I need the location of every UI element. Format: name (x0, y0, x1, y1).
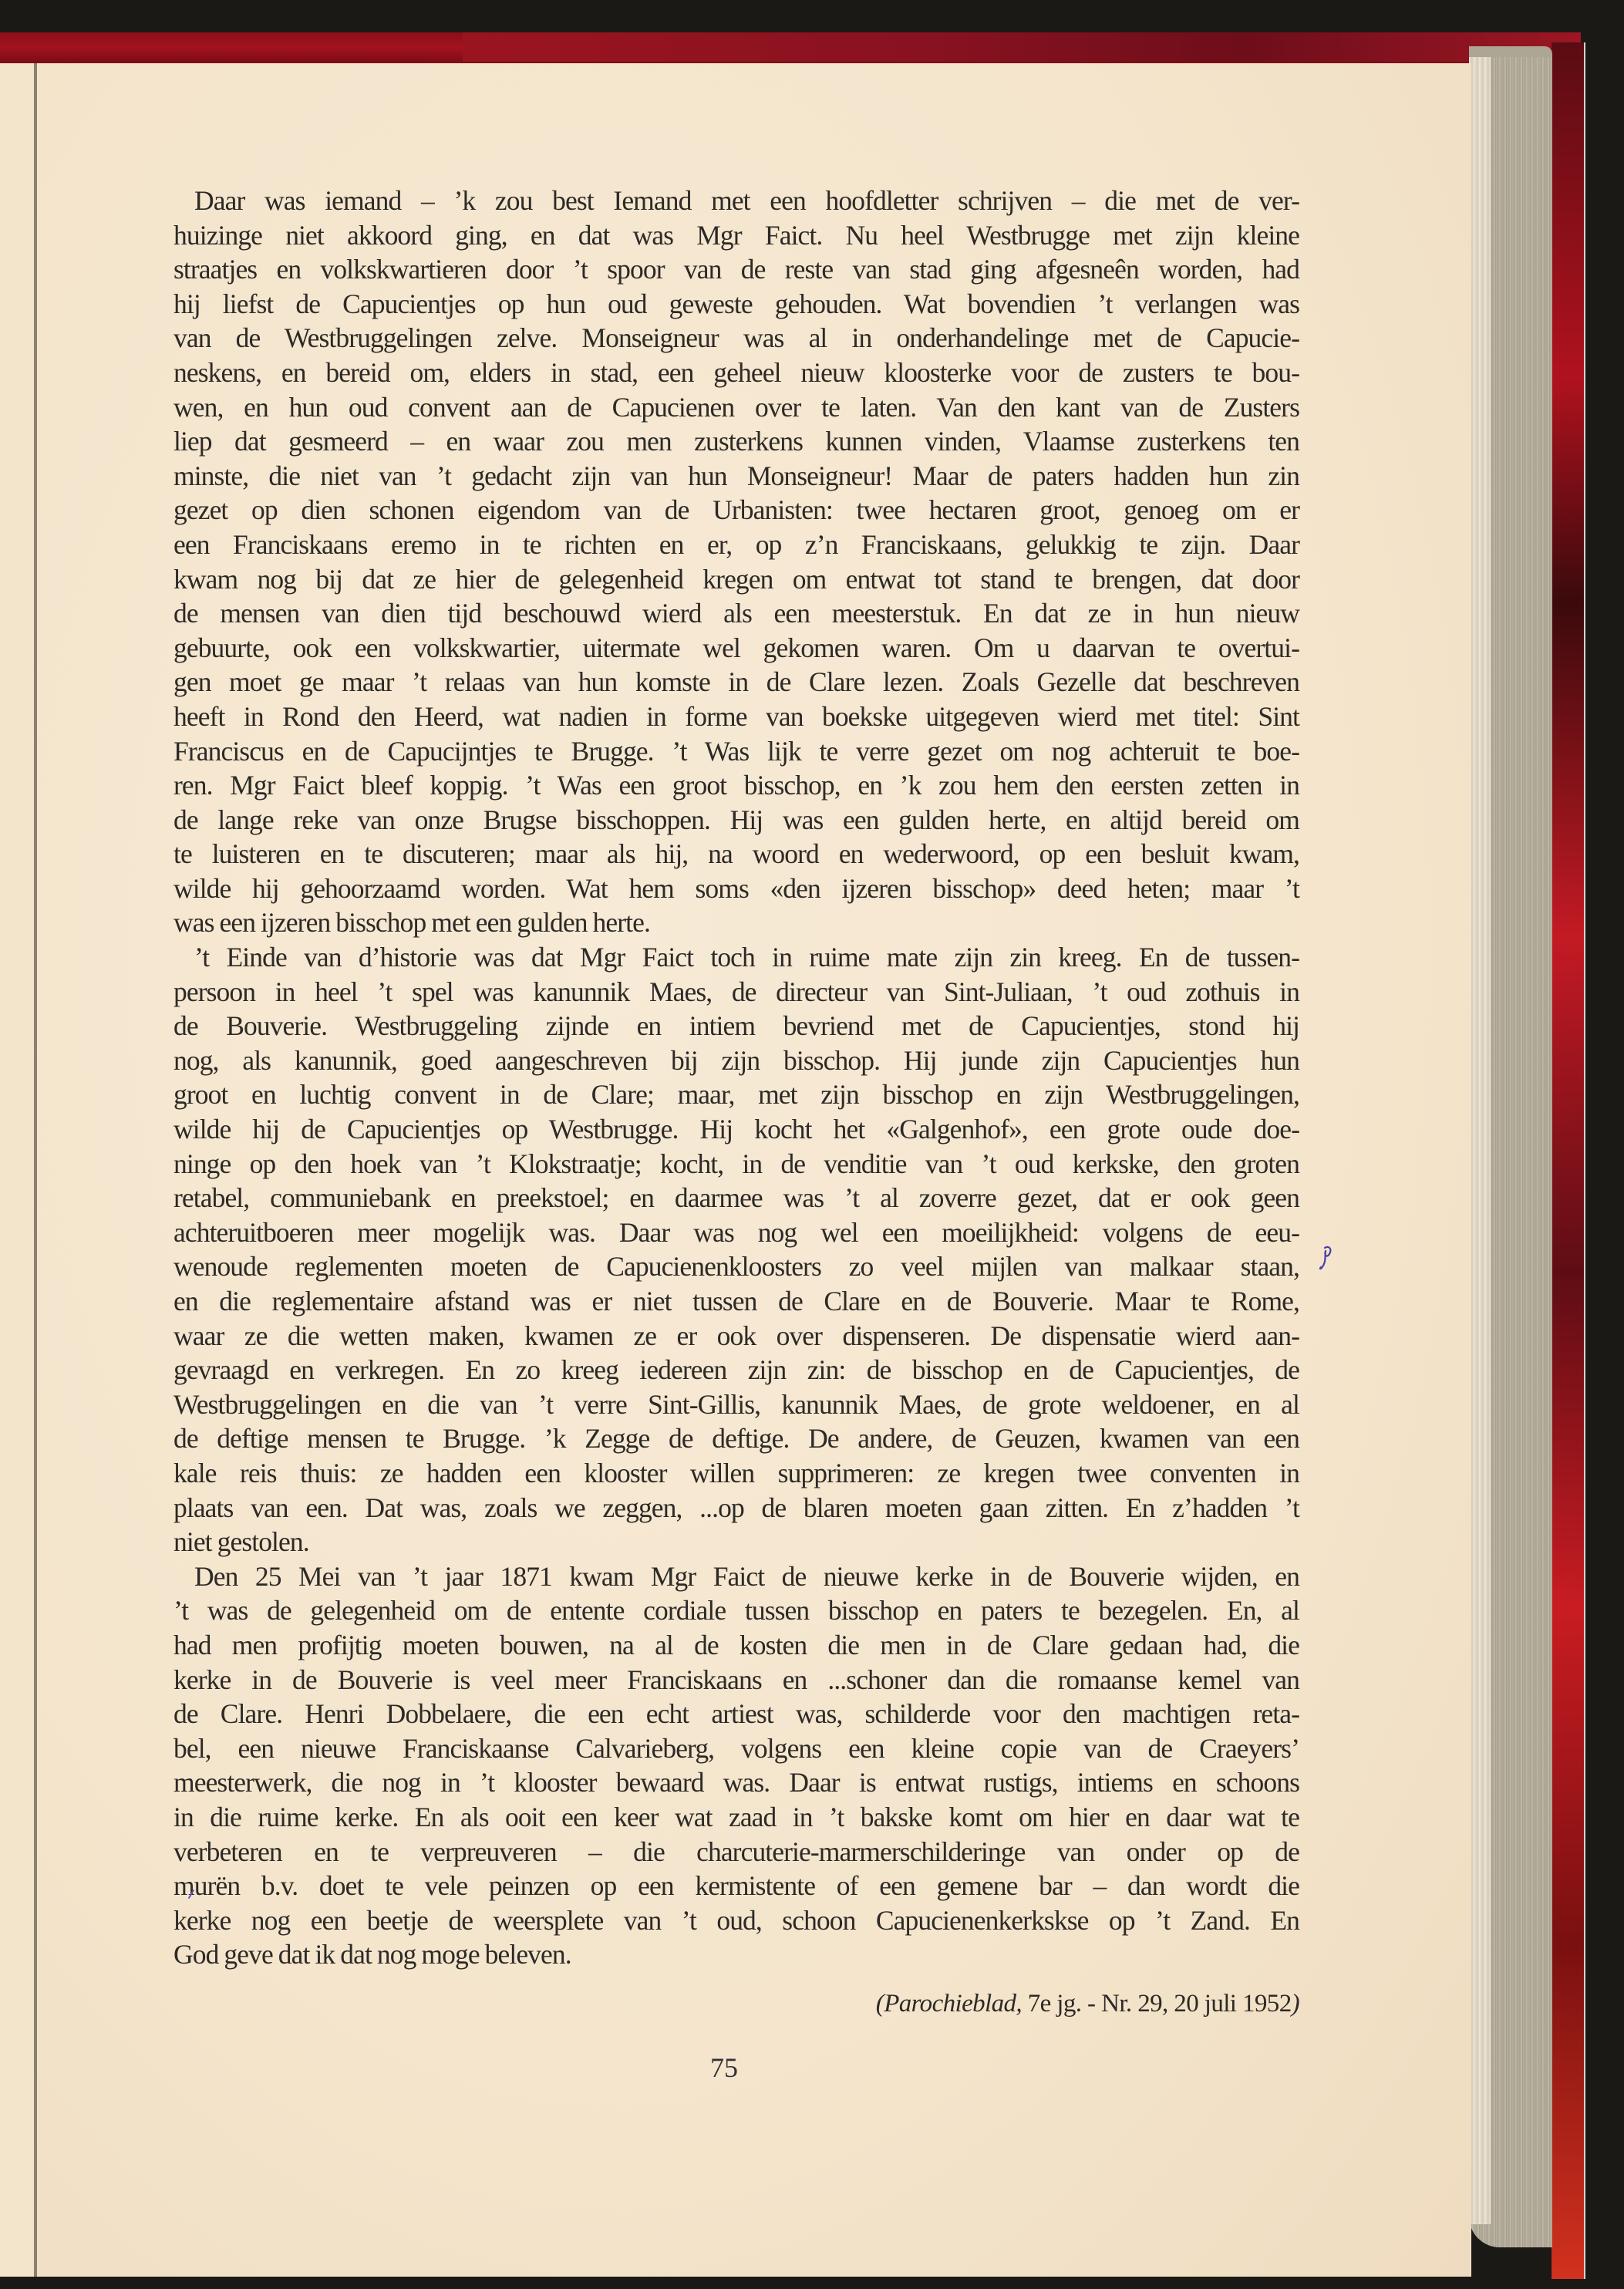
text-line: gebuurte, ook een volkskwartier, uiterma… (174, 631, 1299, 666)
previous-page-edge (0, 63, 37, 2277)
text-line: de lange reke van onze Brugse bisschoppe… (174, 803, 1299, 838)
citation-close-paren: ) (1292, 1990, 1299, 2018)
text-line: te luisteren en te discuteren; maar als … (174, 837, 1299, 871)
text-line: huizinge niet akkoord ging, en dat was M… (174, 218, 1299, 253)
text-line: straatjes en volkskwartieren door ’t spo… (174, 252, 1299, 287)
text-line: had men profijtig moeten bouwen, na al d… (174, 1628, 1299, 1663)
text-line: bel, een nieuwe Franciskaanse Calvariebe… (174, 1731, 1299, 1766)
text-line: verbeteren en te verpreuveren – die char… (174, 1835, 1299, 1869)
paragraph: Daar was iemand – ’k zou best Iemand met… (174, 184, 1299, 940)
text-line: liep dat gesmeerd – en waar zou men zust… (174, 424, 1299, 459)
paragraph: Den 25 Mei van ’t jaar 1871 kwam Mgr Fai… (174, 1559, 1299, 1972)
citation: (Parochieblad, 7e jg. - Nr. 29, 20 juli … (876, 1990, 1299, 2018)
text-line: gezet op dien schonen eigendom van de Ur… (174, 493, 1299, 528)
text-line: kerke in de Bouverie is veel meer Franci… (174, 1663, 1299, 1697)
page-edges-inner (1469, 57, 1491, 2224)
text-line: murën b.v. doet te vele peinzen op een k… (174, 1869, 1299, 1903)
text-line: persoon in heel ’t spel was kanunnik Mae… (174, 975, 1299, 1010)
citation-source: Parochieblad, (884, 1990, 1022, 2018)
text-line: ’t Einde van d’historie was dat Mgr Faic… (174, 940, 1299, 975)
text-line: ’t was de gelegenheid om de entente cord… (174, 1593, 1299, 1628)
text-line: Daar was iemand – ’k zou best Iemand met… (174, 184, 1299, 218)
body-text: Daar was iemand – ’k zou best Iemand met… (174, 184, 1299, 1972)
text-line: de Bouverie. Westbruggeling zijnde en in… (174, 1009, 1299, 1043)
citation-open-paren: ( (876, 1990, 884, 2018)
text-line: van de Westbruggelingen zelve. Monseigne… (174, 321, 1299, 356)
text-line: minste, die niet van ’t gedacht zijn van… (174, 459, 1299, 494)
text-line: wenoude reglementen moeten de Capucienen… (174, 1249, 1299, 1284)
text-line: ninge op den hoek van ’t Klokstraatje; k… (174, 1147, 1299, 1182)
text-line: achteruitboeren meer mogelijk was. Daar … (174, 1215, 1299, 1250)
text-line: groot en luchtig convent in de Clare; ma… (174, 1077, 1299, 1112)
text-line: waar ze die wetten maken, kwamen ze er o… (174, 1319, 1299, 1354)
page-number: 75 (710, 2051, 738, 2084)
text-line: Den 25 Mei van ’t jaar 1871 kwam Mgr Fai… (174, 1559, 1299, 1594)
book-cover-right-edge (1552, 42, 1585, 2279)
citation-details: 7e jg. - Nr. 29, 20 juli 1952 (1022, 1990, 1292, 2018)
text-line: kwam nog bij dat ze hier de gelegenheid … (174, 562, 1299, 597)
text-line: meesterwerk, die nog in ’t klooster bewa… (174, 1765, 1299, 1800)
text-line: en die reglementaire afstand was er niet… (174, 1284, 1299, 1319)
book-cover-top-marbled (463, 32, 1581, 62)
text-line: in die ruime kerke. En als ooit een keer… (174, 1800, 1299, 1835)
text-line: de deftige mensen te Brugge. ’k Zegge de… (174, 1421, 1299, 1456)
text-line: ren. Mgr Faict bleef koppig. ’t Was een … (174, 768, 1299, 803)
text-line: de mensen van dien tijd beschouwd wierd … (174, 596, 1299, 631)
paragraph: ’t Einde van d’historie was dat Mgr Faic… (174, 940, 1299, 1559)
text-line: Franciscus en de Capucijntjes te Brugge.… (174, 734, 1299, 769)
text-line: plaats van een. Dat was, zoals we zeggen… (174, 1491, 1299, 1525)
text-line: de Clare. Henri Dobbelaere, die een echt… (174, 1697, 1299, 1731)
text-line: God geve dat ik dat nog moge beleven. (174, 1937, 1299, 1972)
text-line: een Franciskaans eremo in te richten en … (174, 528, 1299, 562)
text-line: wen, en hun oud convent aan de Capuciene… (174, 390, 1299, 425)
text-line: neskens, en bereid om, elders in stad, e… (174, 356, 1299, 390)
text-line: hij liefst de Capucientjes op hun oud ge… (174, 287, 1299, 322)
text-line: was een ijzeren bisschop met een gulden … (174, 905, 1299, 940)
text-line: gen moet ge maar ’t relaas van hun komst… (174, 665, 1299, 700)
text-line: kerke nog een beetje de weersplete van ’… (174, 1903, 1299, 1938)
text-line: gevraagd en verkregen. En zo kreeg ieder… (174, 1353, 1299, 1387)
text-line: heeft in Rond den Heerd, wat nadien in f… (174, 700, 1299, 734)
text-line: Westbruggelingen en die van ’t verre Sin… (174, 1387, 1299, 1422)
text-line: retabel, communiebank en preekstoel; en … (174, 1181, 1299, 1215)
text-line: kale reis thuis: ze hadden een klooster … (174, 1456, 1299, 1491)
text-line: wilde hij gehoorzaamd worden. Wat hem so… (174, 871, 1299, 906)
text-line: wilde hij de Capucientjes op Westbrugge.… (174, 1112, 1299, 1147)
pen-tick-icon (187, 1889, 197, 1900)
text-line: nog, als kanunnik, goed aangeschreven bi… (174, 1043, 1299, 1078)
text-line: niet gestolen. (174, 1525, 1299, 1559)
handwritten-mark-icon (1317, 1245, 1334, 1273)
